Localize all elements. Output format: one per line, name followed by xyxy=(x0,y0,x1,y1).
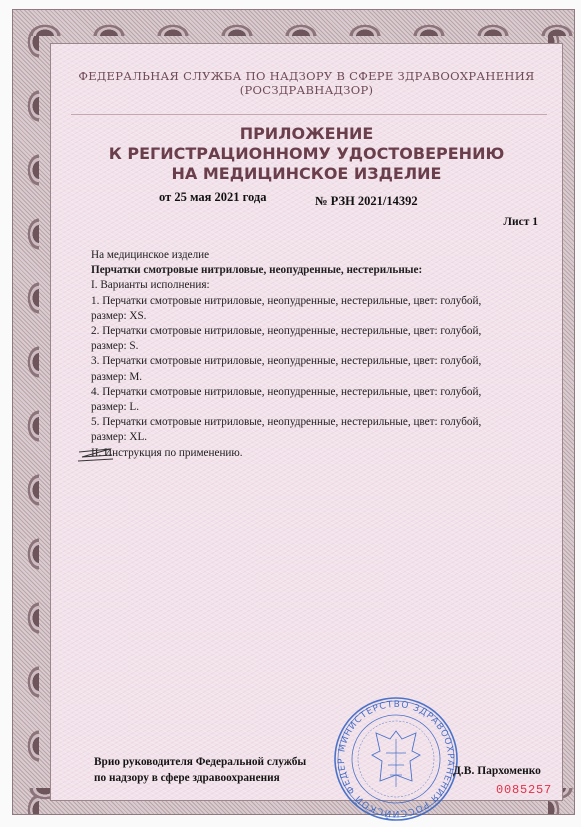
agency-name: ФЕДЕРАЛЬНАЯ СЛУЖБА ПО НАДЗОРУ В СФЕРЕ ЗД… xyxy=(51,69,562,83)
issue-date: от 25 мая 2021 года xyxy=(159,190,267,205)
decorative-frame: ФЕДЕРАЛЬНАЯ СЛУЖБА ПО НАДЗОРУ В СФЕРЕ ЗД… xyxy=(12,9,575,815)
agency-abbreviation: (РОСЗДРАВНАДЗОР) xyxy=(51,83,562,97)
variant-item: 4. Перчатки смотровые нитриловые, неопуд… xyxy=(91,385,551,415)
document-title: ПРИЛОЖЕНИЕ К РЕГИСТРАЦИОННОМУ УДОСТОВЕРЕ… xyxy=(51,124,562,184)
signer-title: Врио руководителя Федеральной службы по … xyxy=(94,755,306,786)
registration-number: № РЗН 2021/14392 xyxy=(315,194,418,209)
variant-item: 3. Перчатки смотровые нитриловые, неопуд… xyxy=(91,354,551,384)
serial-number: 0085257 xyxy=(496,783,552,797)
official-seal-icon: МИНИСТЕРСТВО ЗДРАВООХРАНЕНИЯ РОССИЙСКОЙ … xyxy=(332,695,460,823)
document-body: На медицинское изделие Перчатки смотровы… xyxy=(91,248,551,461)
signer-name: Д.В. Пархоменко xyxy=(453,765,541,777)
sheet-number: Лист 1 xyxy=(503,216,538,228)
section-variants-heading: I. Варианты исполнения: xyxy=(91,278,551,293)
variant-item: 1. Перчатки смотровые нитриловые, неопуд… xyxy=(91,294,551,324)
z-mark-icon xyxy=(76,446,116,464)
product-name: Перчатки смотровые нитриловые, неопудрен… xyxy=(91,263,551,278)
document-page: ФЕДЕРАЛЬНАЯ СЛУЖБА ПО НАДЗОРУ В СФЕРЕ ЗД… xyxy=(50,43,563,801)
section-instructions-heading: II. Инструкция по применению. xyxy=(91,446,551,461)
intro-text: На медицинское изделие xyxy=(91,248,551,263)
variant-item: 5. Перчатки смотровые нитриловые, неопуд… xyxy=(91,415,551,445)
title-line-3: НА МЕДИЦИНСКОЕ ИЗДЕЛИЕ xyxy=(51,164,562,184)
header-divider xyxy=(71,114,547,115)
variant-item: 2. Перчатки смотровые нитриловые, неопуд… xyxy=(91,324,551,354)
title-line-1: ПРИЛОЖЕНИЕ xyxy=(51,124,562,144)
title-line-2: К РЕГИСТРАЦИОННОМУ УДОСТОВЕРЕНИЮ xyxy=(51,144,562,164)
agency-header: ФЕДЕРАЛЬНАЯ СЛУЖБА ПО НАДЗОРУ В СФЕРЕ ЗД… xyxy=(51,69,562,97)
